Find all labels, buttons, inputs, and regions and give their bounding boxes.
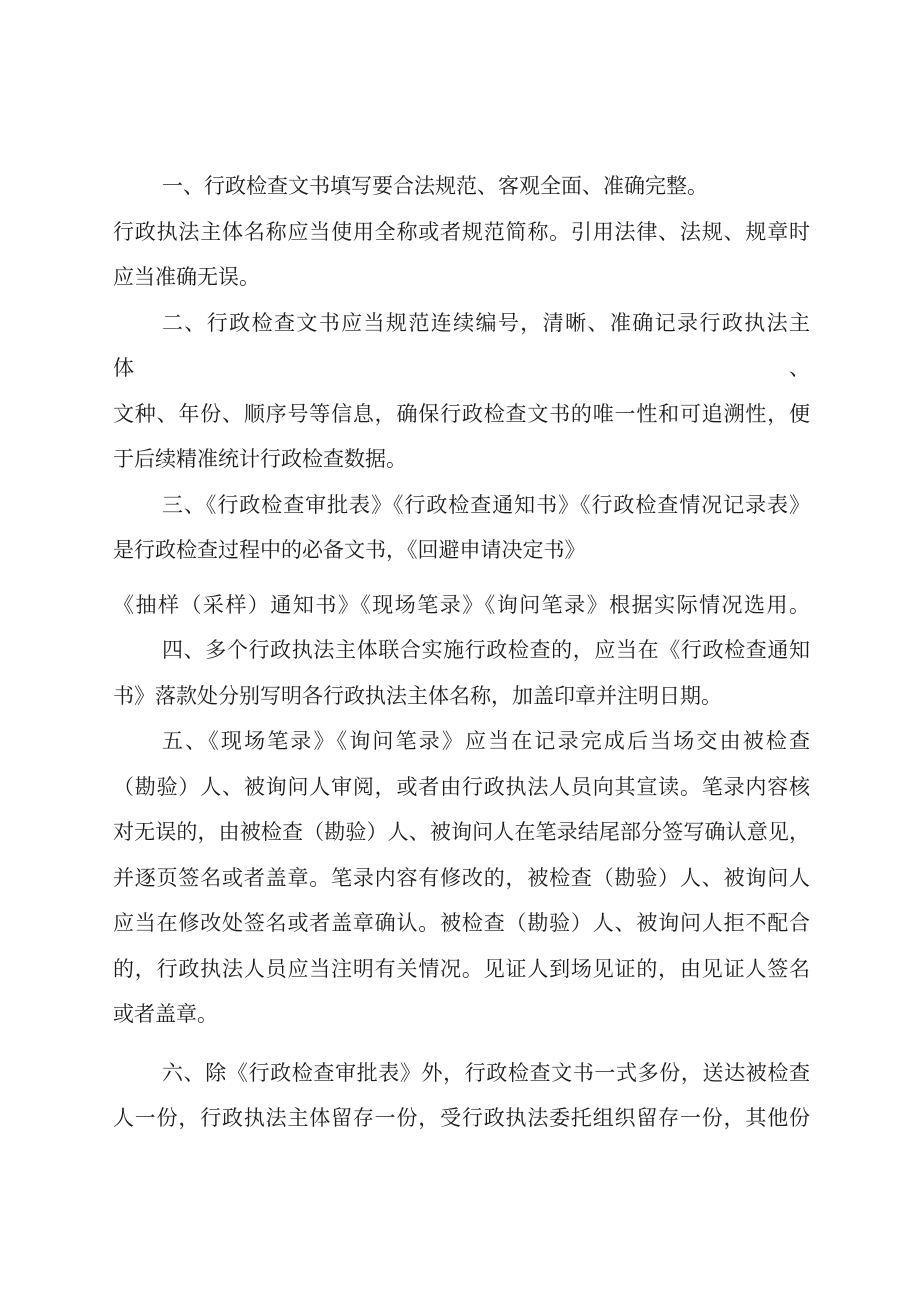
text-line: 行政执法主体名称应当使用全称或者规范简称。引用法律、法规、规章时 — [113, 210, 810, 256]
paragraph-clause-3: 三、《行政检查审批表》《行政检查通知书》《行政检查情况记录表》 是行政检查过程中… — [113, 483, 810, 629]
text-line: 的，行政执法人员应当注明有关情况。见证人到场见证的，由见证人签名 — [113, 947, 810, 993]
text-line: 应当在修改处签名或者盖章确认。被检查（勘验）人、被询问人拒不配合 — [113, 901, 810, 947]
text-line: 并逐页签名或者盖章。笔录内容有修改的，被检查（勘验）人、被询问人 — [113, 856, 810, 902]
text-block: 一、行政检查文书填写要合法规范、客观全面、准确完整。 行政执法主体名称应当使用全… — [113, 164, 810, 1142]
text-line: 二、行政检查文书应当规范连续编号，清晰、准确记录行政执法主体、 — [113, 301, 810, 392]
text-line: 于后续精准统计行政检查数据。 — [113, 437, 810, 483]
text-line: 三、《行政检查审批表》《行政检查通知书》《行政检查情况记录表》 — [113, 483, 810, 529]
text-line: 文种、年份、顺序号等信息，确保行政检查文书的唯一性和可追溯性，便 — [113, 392, 810, 438]
document-page: 一、行政检查文书填写要合法规范、客观全面、准确完整。 行政执法主体名称应当使用全… — [0, 0, 920, 1301]
text-line: 五、《现场笔录》《询问笔录》应当在记录完成后当场交由被检查 — [113, 719, 810, 765]
text-line: 六、除《行政检查审批表》外，行政检查文书一式多份，送达被检查 — [113, 1051, 810, 1097]
text-line: 《抽样（采样）通知书》《现场笔录》《询问笔录》根据实际情况选用。 — [113, 583, 810, 629]
text-line: 或者盖章。 — [113, 992, 810, 1038]
paragraph-clause-4: 四、多个行政执法主体联合实施行政检查的，应当在《行政检查通知 书》落款处分别写明… — [113, 628, 810, 719]
paragraph-clause-5: 五、《现场笔录》《询问笔录》应当在记录完成后当场交由被检查 （勘验）人、被询问人… — [113, 719, 810, 1038]
text-line: 应当准确无误。 — [113, 255, 810, 301]
text-line: 一、行政检查文书填写要合法规范、客观全面、准确完整。 — [113, 164, 810, 210]
text-line: 对无误的，由被检查（勘验）人、被询问人在笔录结尾部分签写确认意见， — [113, 810, 810, 856]
text-line: 是行政检查过程中的必备文书，《回避申请决定书》 — [113, 528, 810, 574]
paragraph-clause-2: 二、行政检查文书应当规范连续编号，清晰、准确记录行政执法主体、 文种、年份、顺序… — [113, 301, 810, 483]
paragraph-clause-1: 一、行政检查文书填写要合法规范、客观全面、准确完整。 行政执法主体名称应当使用全… — [113, 164, 810, 301]
text-line: 人一份，行政执法主体留存一份，受行政执法委托组织留存一份，其他份 — [113, 1096, 810, 1142]
text-line: （勘验）人、被询问人审阅，或者由行政执法人员向其宣读。笔录内容核 — [113, 765, 810, 811]
text-line: 书》落款处分别写明各行政执法主体名称，加盖印章并注明日期。 — [113, 674, 810, 720]
paragraph-clause-6: 六、除《行政检查审批表》外，行政检查文书一式多份，送达被检查 人一份，行政执法主… — [113, 1051, 810, 1142]
text-line: 四、多个行政执法主体联合实施行政检查的，应当在《行政检查通知 — [113, 628, 810, 674]
